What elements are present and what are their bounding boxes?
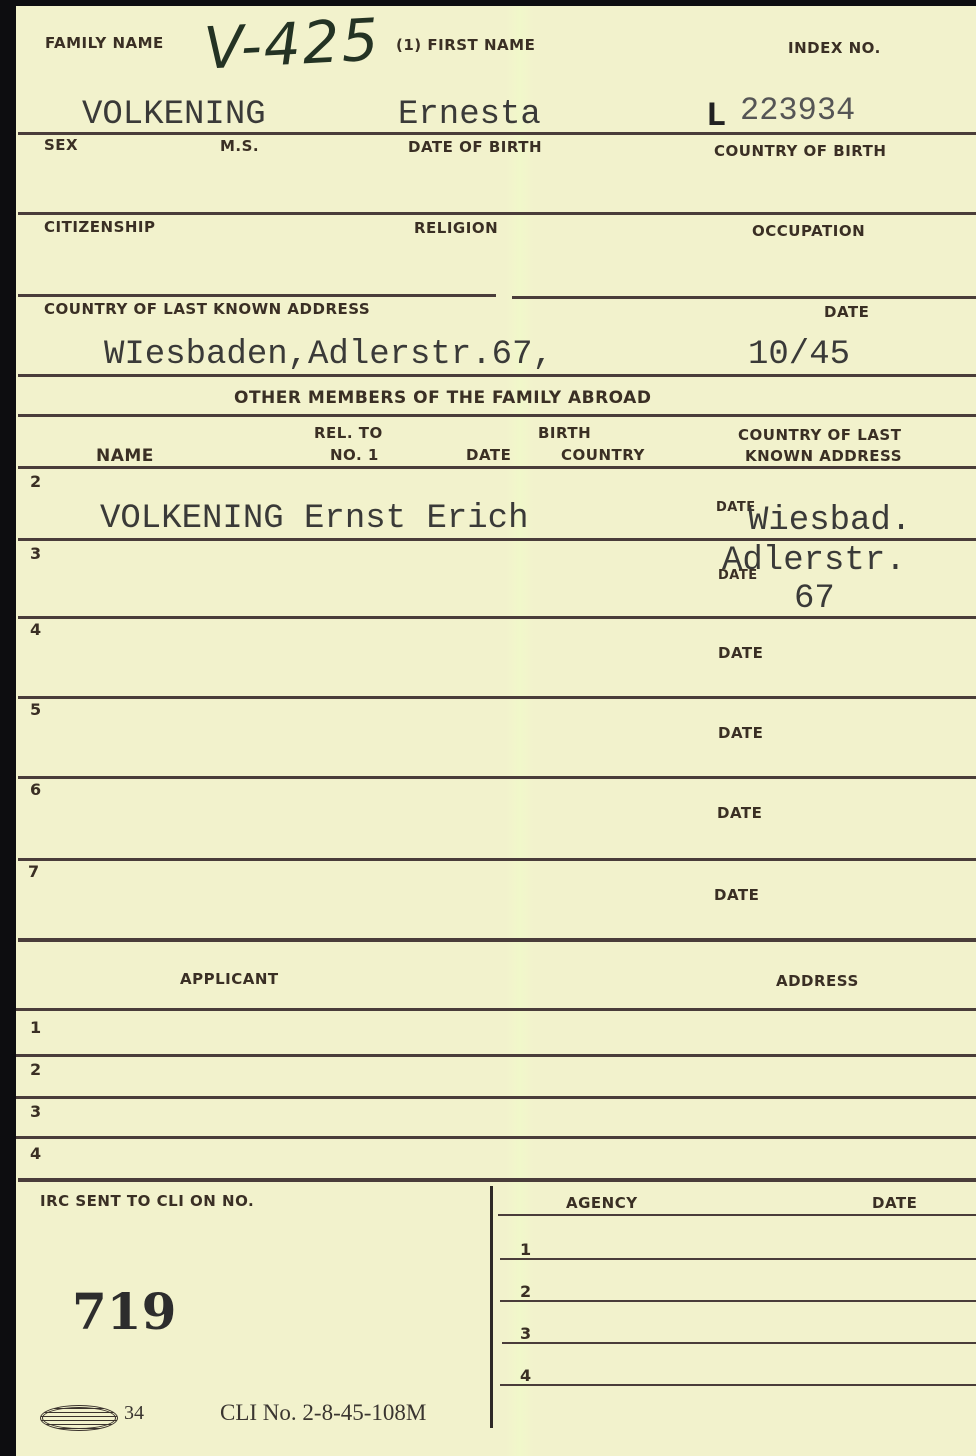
- row-date-label: DATE: [718, 644, 763, 662]
- divider: [16, 1054, 976, 1057]
- family-abroad-title: OTHER MEMBERS OF THE FAMILY ABROAD: [234, 388, 651, 408]
- col-last-addr-line2: KNOWN ADDRESS: [745, 447, 902, 465]
- first-name-label: (1) FIRST NAME: [396, 36, 535, 54]
- divider: [18, 132, 976, 135]
- divider: [18, 858, 976, 861]
- last-address-label: COUNTRY OF LAST KNOWN ADDRESS: [44, 300, 370, 318]
- last-address-value: WIesbaden,Adlerstr.67,: [104, 336, 553, 374]
- row-number: 3: [30, 544, 42, 563]
- divider: [18, 294, 496, 297]
- divider: [18, 696, 976, 699]
- col-date: DATE: [466, 446, 511, 464]
- agency-row-number: 3: [520, 1324, 532, 1343]
- occupation-label: OCCUPATION: [752, 222, 865, 240]
- address-label: ADDRESS: [776, 972, 859, 990]
- row-date-label: DATE: [714, 886, 759, 904]
- irc-label: IRC SENT TO CLI ON NO.: [40, 1192, 254, 1210]
- member-address-line2: 67: [794, 580, 835, 618]
- row-date-label: DATE: [718, 724, 763, 742]
- divider: [500, 1384, 976, 1386]
- footer-vertical-divider: [490, 1186, 493, 1428]
- row-number: 7: [28, 862, 40, 881]
- family-name-label: FAMILY NAME: [45, 34, 164, 52]
- divider: [18, 466, 976, 469]
- col-birth: BIRTH: [538, 424, 591, 442]
- applicant-row-number: 2: [30, 1060, 42, 1079]
- divider: [18, 374, 976, 377]
- ms-label: M.S.: [220, 137, 259, 155]
- applicant-row-number: 4: [30, 1144, 42, 1163]
- index-number: 223934: [740, 92, 855, 129]
- form-number: CLI No. 2-8-45-108M: [220, 1400, 426, 1426]
- index-card: FAMILY NAME V-425 (1) FIRST NAME INDEX N…: [16, 6, 976, 1456]
- divider: [18, 616, 976, 619]
- divider: [512, 296, 976, 299]
- member-address: Adlerstr.: [722, 542, 906, 580]
- row-number: 4: [30, 620, 42, 639]
- union-number: 34: [124, 1402, 144, 1425]
- divider: [18, 538, 976, 541]
- applicant-label: APPLICANT: [180, 970, 279, 988]
- first-name-value: Ernesta: [398, 96, 541, 134]
- irc-number: 719: [72, 1282, 176, 1341]
- date-value: 10/45: [748, 336, 850, 374]
- divider: [18, 1178, 976, 1182]
- divider: [502, 1342, 976, 1344]
- agency-row-number: 1: [520, 1240, 532, 1259]
- col-rel-line1: REL. TO: [314, 424, 383, 442]
- row-number: 2: [30, 472, 42, 491]
- divider: [16, 1008, 976, 1011]
- dob-label: DATE OF BIRTH: [408, 138, 542, 156]
- family-name-value: VOLKENING: [82, 96, 266, 134]
- divider: [18, 414, 976, 417]
- handwritten-code: V-425: [202, 6, 382, 83]
- divider: [500, 1258, 976, 1260]
- sex-label: SEX: [44, 136, 78, 154]
- religion-label: RELIGION: [414, 219, 498, 237]
- applicant-row-number: 3: [30, 1102, 42, 1121]
- applicant-row-number: 1: [30, 1018, 42, 1037]
- member-address: Wiesbad.: [748, 502, 911, 540]
- date-label: DATE: [824, 303, 869, 321]
- index-prefix: L: [706, 98, 726, 136]
- citizenship-label: CITIZENSHIP: [44, 218, 156, 236]
- row-date-label: DATE: [717, 804, 762, 822]
- member-name: VOLKENING Ernst Erich: [100, 500, 528, 538]
- col-rel-line2: NO. 1: [330, 446, 379, 464]
- agency-label: AGENCY: [566, 1194, 638, 1212]
- divider: [500, 1300, 976, 1302]
- index-no-label: INDEX NO.: [788, 39, 881, 57]
- agency-row-number: 2: [520, 1282, 532, 1301]
- divider: [18, 776, 976, 779]
- divider: [16, 1096, 976, 1099]
- divider: [18, 938, 976, 942]
- union-label-icon: [40, 1405, 118, 1431]
- row-number: 6: [30, 780, 42, 799]
- divider: [18, 212, 976, 215]
- col-name: NAME: [96, 446, 154, 466]
- divider: [498, 1214, 976, 1216]
- divider: [16, 1136, 976, 1139]
- agency-date-label: DATE: [872, 1194, 917, 1212]
- country-of-birth-label: COUNTRY OF BIRTH: [714, 142, 886, 160]
- agency-row-number: 4: [520, 1366, 532, 1385]
- col-last-addr-line1: COUNTRY OF LAST: [738, 426, 901, 444]
- row-number: 5: [30, 700, 42, 719]
- col-country: COUNTRY: [561, 446, 645, 464]
